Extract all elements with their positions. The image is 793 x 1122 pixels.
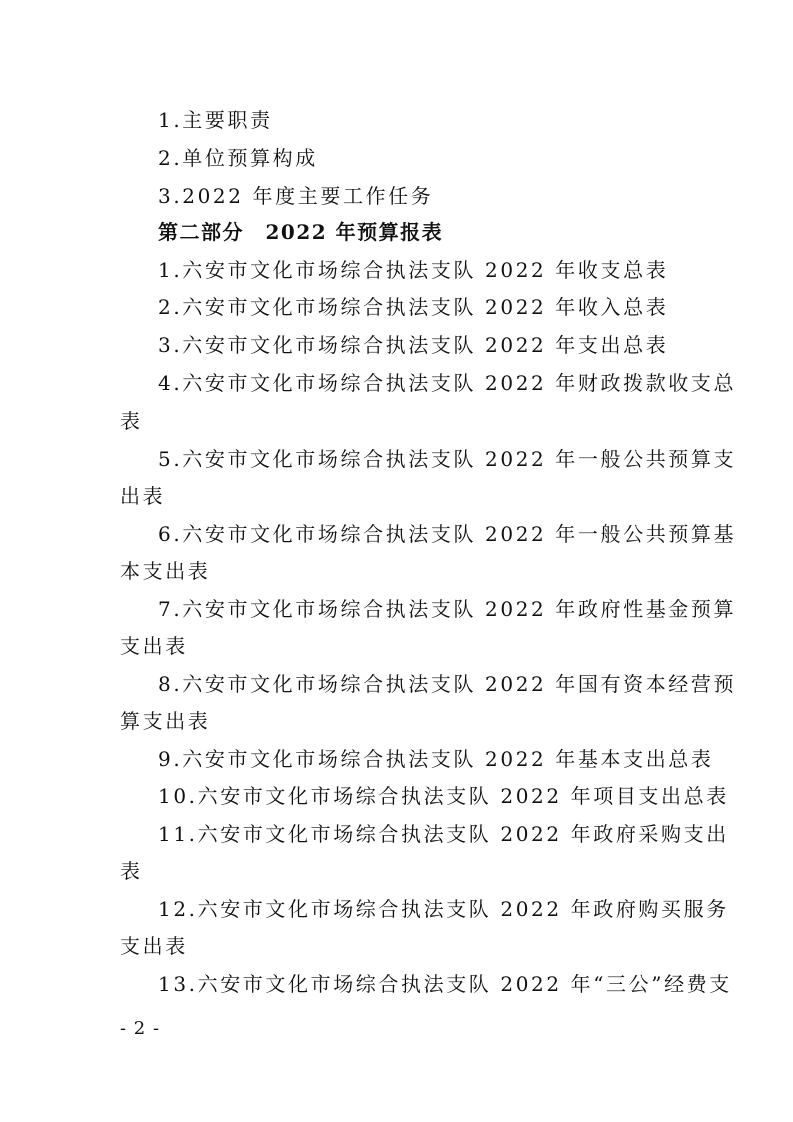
toc-item: 12.六安市文化市场综合执法支队 2022 年政府购买服务 (158, 894, 729, 924)
toc-item: 10.六安市文化市场综合执法支队 2022 年项目支出总表 (158, 781, 729, 811)
toc-item: 3.六安市文化市场综合执法支队 2022 年支出总表 (158, 330, 668, 360)
section-heading: 第二部分 2022 年预算报表 (158, 217, 443, 247)
toc-item-continuation: 表 (120, 406, 143, 436)
toc-item: 9.六安市文化市场综合执法支队 2022 年基本支出总表 (158, 744, 714, 774)
toc-item: 7.六安市文化市场综合执法支队 2022 年政府性基金预算 (158, 594, 736, 624)
toc-item: 6.六安市文化市场综合执法支队 2022 年一般公共预算基 (158, 519, 736, 549)
toc-item: 11.六安市文化市场综合执法支队 2022 年政府采购支出 (158, 819, 729, 849)
toc-item: 2.单位预算构成 (158, 143, 318, 173)
toc-item-continuation: 支出表 (120, 931, 188, 961)
toc-item: 1.六安市文化市场综合执法支队 2022 年收支总表 (158, 255, 668, 285)
toc-item: 5.六安市文化市场综合执法支队 2022 年一般公共预算支 (158, 444, 736, 474)
toc-item-continuation: 支出表 (120, 631, 188, 661)
toc-item: 2.六安市文化市场综合执法支队 2022 年收入总表 (158, 292, 668, 322)
toc-item-continuation: 出表 (120, 481, 165, 511)
page-number: - 2 - (120, 1015, 160, 1043)
toc-item: 8.六安市文化市场综合执法支队 2022 年国有资本经营预 (158, 669, 736, 699)
toc-item-continuation: 表 (120, 856, 143, 886)
toc-item: 3.2022 年度主要工作任务 (158, 181, 433, 211)
toc-item: 13.六安市文化市场综合执法支队 2022 年“三公”经费支 (158, 969, 732, 999)
toc-item-continuation: 算支出表 (120, 706, 210, 736)
toc-item: 4.六安市文化市场综合执法支队 2022 年财政拨款收支总 (158, 368, 736, 398)
toc-item-continuation: 本支出表 (120, 556, 210, 586)
toc-item: 1.主要职责 (158, 105, 273, 135)
